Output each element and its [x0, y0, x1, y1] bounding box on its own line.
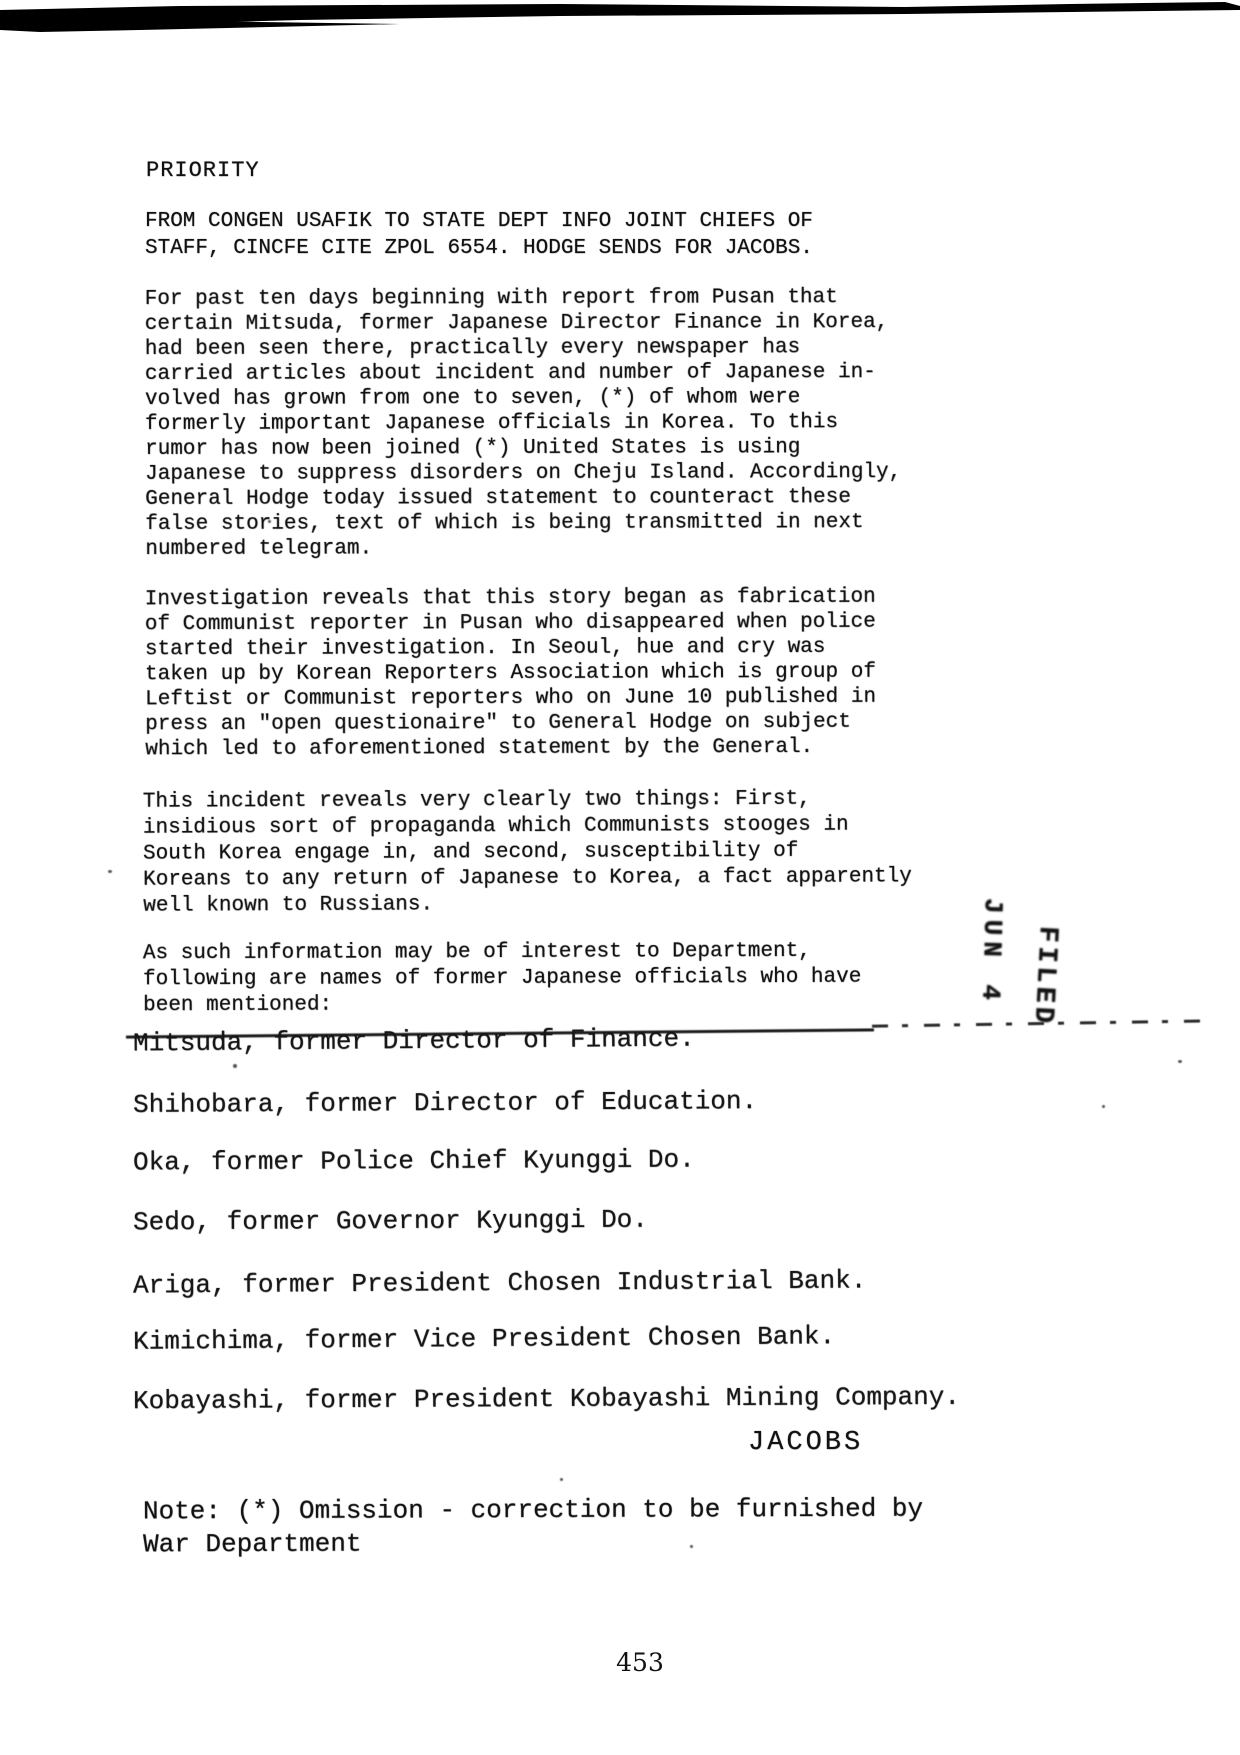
official-entry: Kimichima, former Vice President Chosen … — [133, 1321, 835, 1357]
official-entry: Sedo, former Governor Kyunggi Do. — [133, 1205, 648, 1238]
telegram-routing-header: FROM CONGEN USAFIK TO STATE DEPT INFO JO… — [145, 208, 813, 262]
scan-speckle — [1178, 1060, 1182, 1063]
scan-speckle — [690, 1545, 693, 1548]
paragraph-1: For past ten days beginning with report … — [145, 285, 902, 562]
scanned-telegram-page: PRIORITY FROM CONGEN USAFIK TO STATE DEP… — [0, 0, 1240, 1755]
paragraph-2: Investigation reveals that this story be… — [145, 585, 877, 763]
scan-speckle — [1102, 1105, 1105, 1108]
footnote: Note: (*) Omission - correction to be fu… — [143, 1493, 923, 1562]
signature: JACOBS — [748, 1428, 863, 1458]
official-entry: Kobayashi, former President Kobayashi Mi… — [133, 1382, 960, 1416]
scan-artifact-top-bar — [0, 0, 1240, 46]
paragraph-3: This incident reveals very clearly two t… — [143, 786, 912, 919]
scan-speckle — [108, 870, 112, 873]
paragraph-4: As such information may be of interest t… — [143, 939, 862, 1020]
scan-speckle — [560, 1478, 563, 1481]
page-number: 453 — [580, 1648, 700, 1677]
scan-speckle — [233, 1064, 237, 1068]
official-entry: Oka, former Police Chief Kyunggi Do. — [133, 1145, 695, 1178]
official-entry: Mitsuda, former Director of Finance. — [133, 1024, 695, 1059]
official-entry: Ariga, former President Chosen Industria… — [133, 1265, 867, 1300]
scan-speckle — [268, 520, 271, 523]
stamp-date: JUN 4 — [974, 898, 1008, 1044]
stamp-filed-label: FILED — [1024, 925, 1062, 1076]
official-entry: Shihobara, former Director of Education. — [133, 1086, 757, 1120]
classification-label: PRIORITY — [146, 158, 260, 183]
